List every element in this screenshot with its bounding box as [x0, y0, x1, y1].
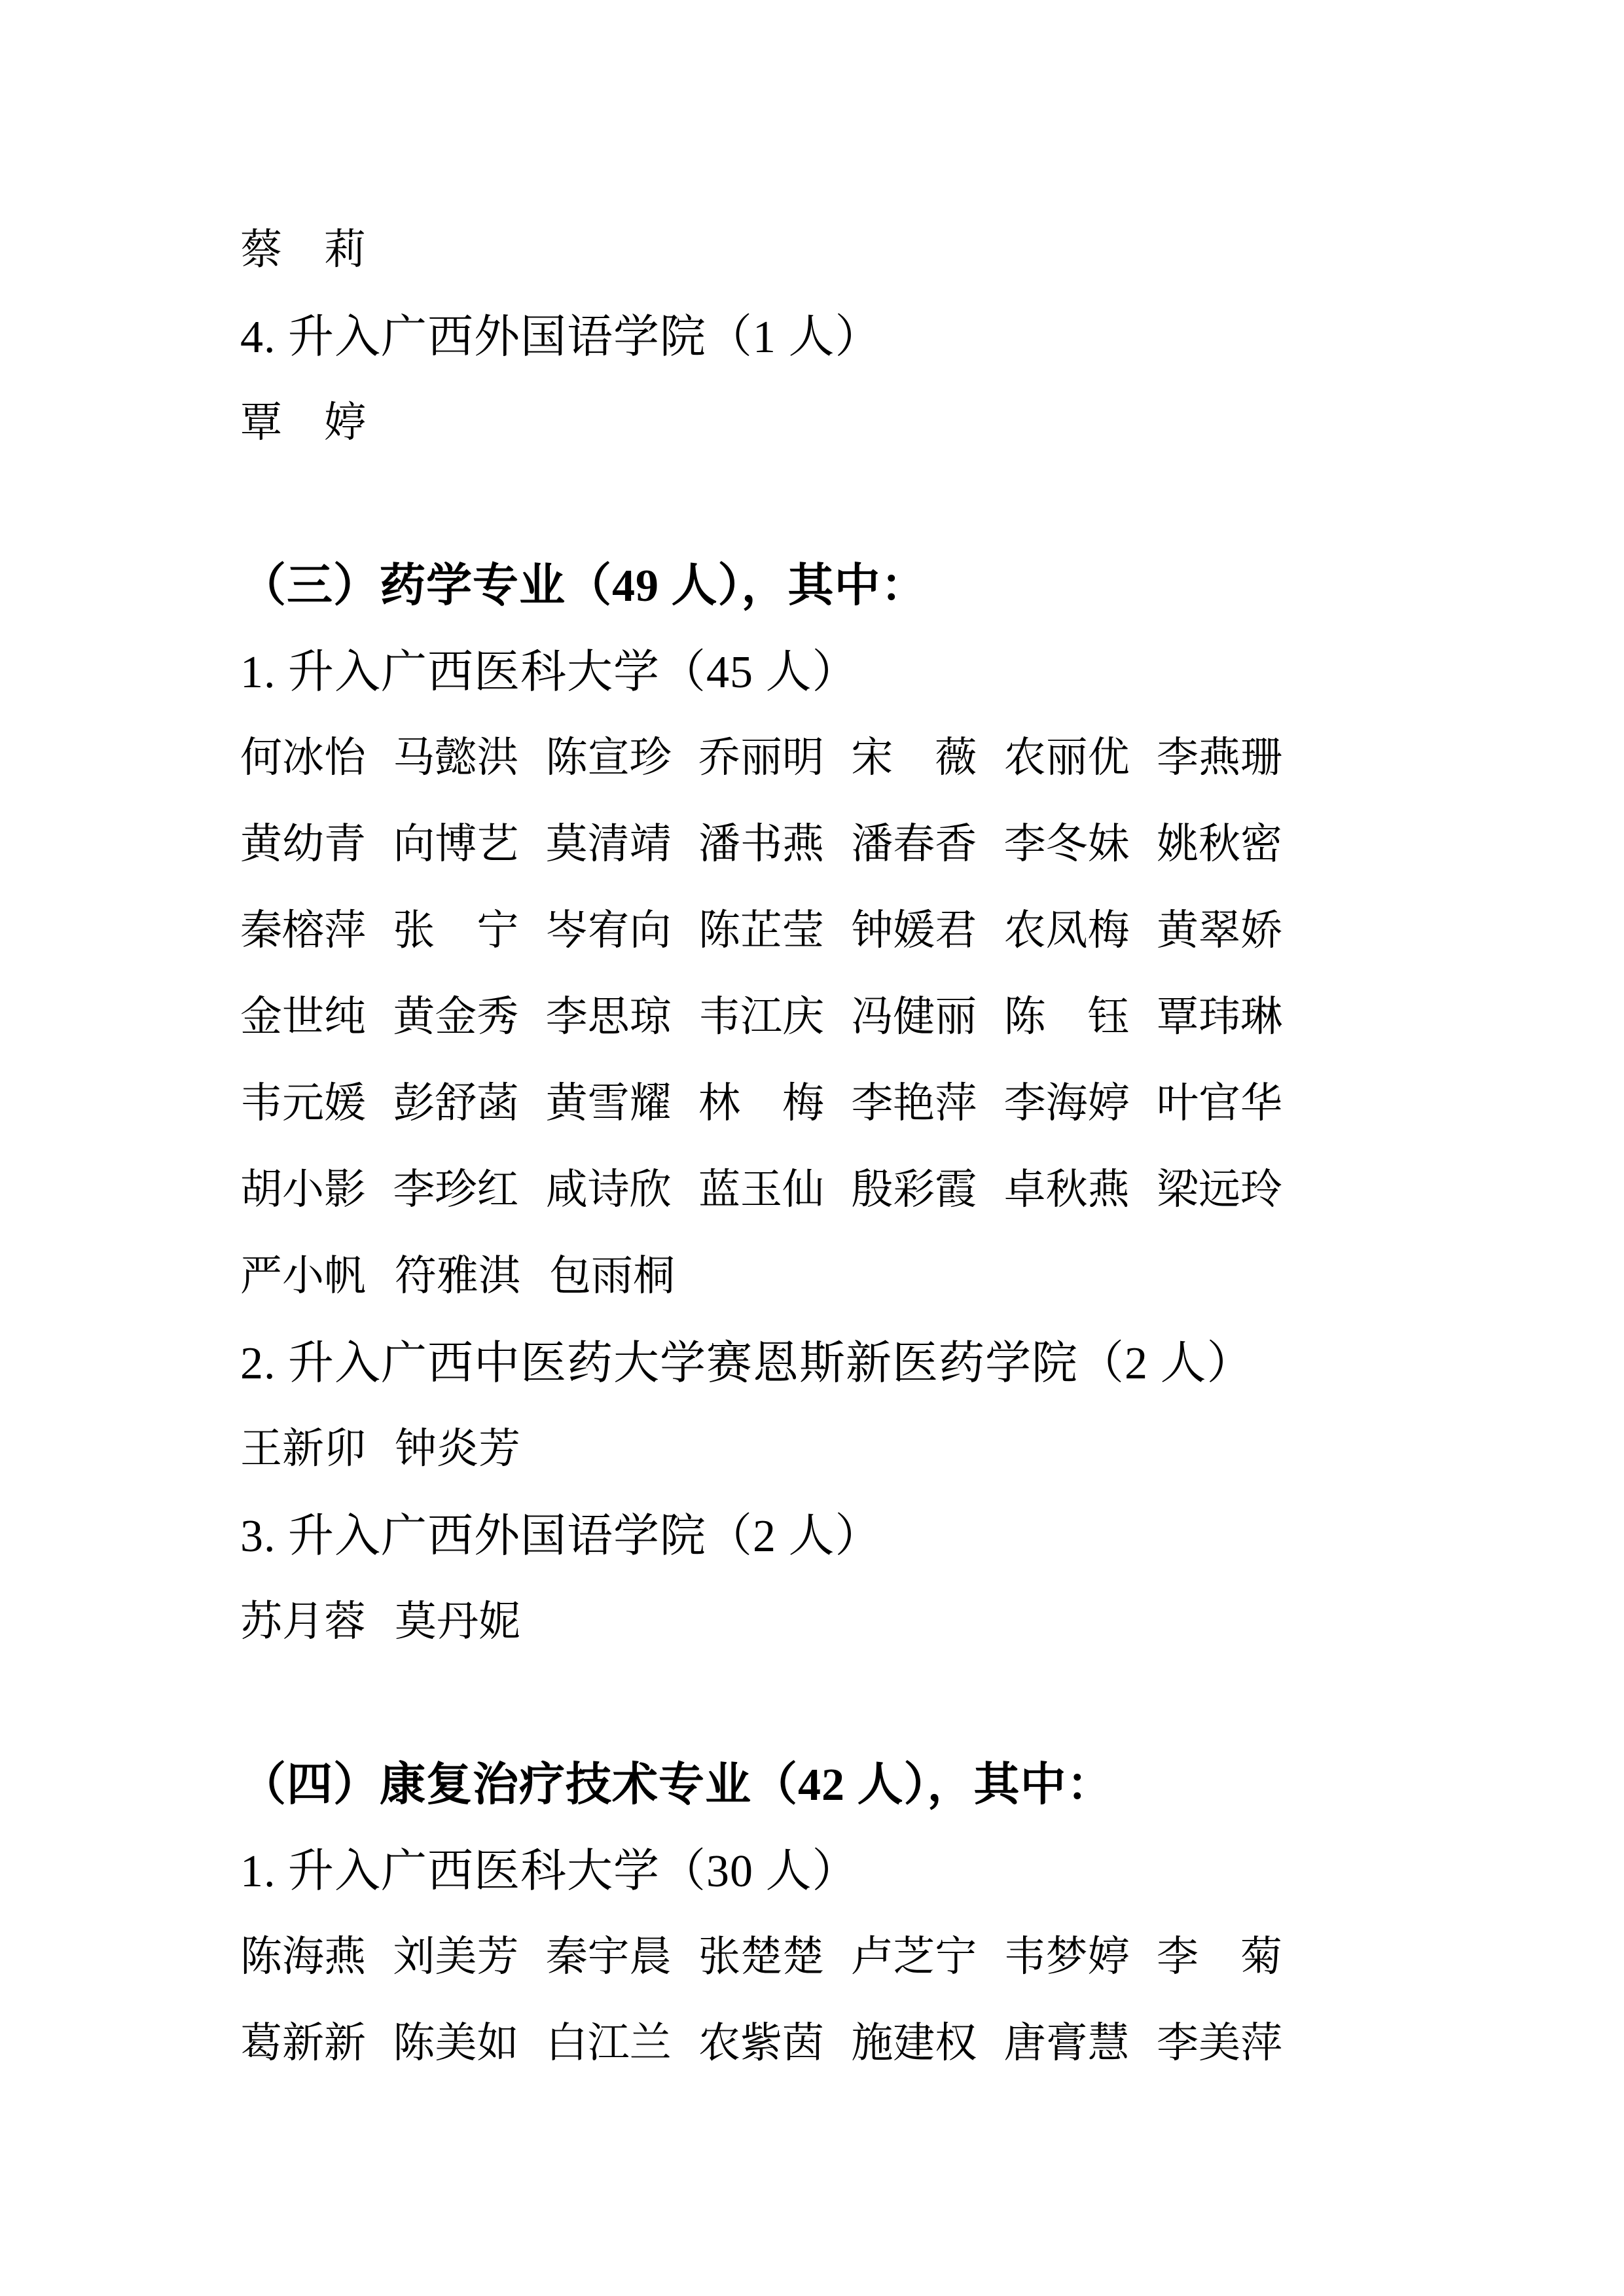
student-name: 何冰怡	[240, 724, 366, 784]
student-name: 彭舒菡	[393, 1069, 518, 1130]
student-name: 黄金秀	[393, 983, 518, 1043]
student-name: 李艳萍	[851, 1069, 977, 1130]
student-name: 莫清靖	[546, 810, 672, 870]
student-name: 宋 薇	[851, 724, 977, 784]
student-name: 钟炎芳	[395, 1415, 520, 1475]
student-name: 岑宥向	[546, 897, 672, 957]
student-name: 秦榕萍	[240, 897, 366, 957]
student-name: 卢芝宁	[851, 1923, 977, 1983]
student-name: 陈宣珍	[546, 724, 672, 784]
subsection-heading: 2. 升入广西中医药大学赛恩斯新医药学院（2 人）	[240, 1316, 1282, 1402]
names-row: 陈海燕刘美芳秦宇晨张楚楚卢芝宁韦梦婷李 菊	[240, 1910, 1282, 1996]
student-name: 李 菊	[1157, 1923, 1282, 1983]
student-name: 钟媛君	[851, 897, 977, 957]
names-row: 蔡 莉	[240, 203, 1282, 289]
student-name: 黄雪耀	[546, 1069, 672, 1130]
student-name: 李珍红	[393, 1156, 518, 1216]
student-name: 符雅淇	[395, 1242, 520, 1302]
student-name: 张楚楚	[698, 1923, 824, 1983]
names-row: 胡小影李珍红咸诗欣蓝玉仙殷彩霞卓秋燕梁远玲	[240, 1143, 1282, 1229]
names-row: 秦榕萍张 宁岑宥向陈芷莹钟媛君农凤梅黄翠娇	[240, 884, 1282, 970]
student-name: 苏月蓉	[240, 1588, 366, 1648]
student-name: 卓秋燕	[1004, 1156, 1130, 1216]
section-heading: （四）康复治疗技术专业（42 人），其中：	[240, 1737, 1282, 1823]
student-name: 农紫茵	[698, 2009, 824, 2070]
student-name: 严小帆	[240, 1242, 366, 1302]
names-row: 覃 婷	[240, 376, 1282, 462]
student-name: 蔡 莉	[240, 216, 366, 276]
student-name: 陈 钰	[1004, 983, 1130, 1043]
document-content: 蔡 莉4. 升入广西外国语学院（1 人）覃 婷（三）药学专业（49 人），其中：…	[240, 203, 1282, 2083]
student-name: 白江兰	[546, 2009, 672, 2070]
student-name: 农丽优	[1004, 724, 1130, 784]
student-name: 陈美如	[393, 2009, 518, 2070]
student-name: 乔丽明	[698, 724, 824, 784]
student-name: 潘春香	[851, 810, 977, 870]
student-name: 陈芷莹	[698, 897, 824, 957]
student-name: 包雨桐	[549, 1242, 675, 1302]
student-name: 李思琼	[546, 983, 672, 1043]
student-name: 韦梦婷	[1004, 1923, 1130, 1983]
names-row: 金世纯黄金秀李思琼韦江庆冯健丽陈 钰覃玮琳	[240, 970, 1282, 1056]
student-name: 蓝玉仙	[698, 1156, 824, 1216]
student-name: 向博艺	[393, 810, 518, 870]
section-heading: （三）药学专业（49 人），其中：	[240, 538, 1282, 624]
paragraph-spacer	[240, 462, 1282, 538]
student-name: 覃 婷	[240, 389, 366, 449]
names-row: 苏月蓉莫丹妮	[240, 1575, 1282, 1661]
names-row: 韦元媛彭舒菡黄雪耀林 梅李艳萍李海婷叶官华	[240, 1056, 1282, 1143]
student-name: 李燕珊	[1157, 724, 1282, 784]
student-name: 施建权	[851, 2009, 977, 2070]
subsection-heading: 4. 升入广西外国语学院（1 人）	[240, 289, 1282, 376]
student-name: 农凤梅	[1004, 897, 1130, 957]
student-name: 梁远玲	[1157, 1156, 1282, 1216]
student-name: 黄幼青	[240, 810, 366, 870]
student-name: 韦江庆	[698, 983, 824, 1043]
document-page: 蔡 莉4. 升入广西外国语学院（1 人）覃 婷（三）药学专业（49 人），其中：…	[0, 0, 1624, 2296]
paragraph-spacer	[240, 1661, 1282, 1737]
student-name: 刘美芳	[393, 1923, 518, 1983]
student-name: 林 梅	[698, 1069, 824, 1130]
student-name: 韦元媛	[240, 1069, 366, 1130]
student-name: 叶官华	[1157, 1069, 1282, 1130]
student-name: 葛新新	[240, 2009, 366, 2070]
student-name: 莫丹妮	[395, 1588, 520, 1648]
student-name: 冯健丽	[851, 983, 977, 1043]
names-row: 黄幼青向博艺莫清靖潘书燕潘春香李冬妹姚秋密	[240, 797, 1282, 884]
student-name: 马懿洪	[393, 724, 518, 784]
names-row: 葛新新陈美如白江兰农紫茵施建权唐膏慧李美萍	[240, 1996, 1282, 2083]
names-row: 何冰怡马懿洪陈宣珍乔丽明宋 薇农丽优李燕珊	[240, 711, 1282, 797]
student-name: 秦宇晨	[546, 1923, 672, 1983]
student-name: 王新卯	[240, 1415, 366, 1475]
names-row: 王新卯钟炎芳	[240, 1402, 1282, 1488]
student-name: 覃玮琳	[1157, 983, 1282, 1043]
student-name: 张 宁	[393, 897, 518, 957]
names-row: 严小帆符雅淇包雨桐	[240, 1229, 1282, 1316]
student-name: 胡小影	[240, 1156, 366, 1216]
student-name: 陈海燕	[240, 1923, 366, 1983]
student-name: 李冬妹	[1004, 810, 1130, 870]
student-name: 李海婷	[1004, 1069, 1130, 1130]
student-name: 姚秋密	[1157, 810, 1282, 870]
student-name: 金世纯	[240, 983, 366, 1043]
subsection-heading: 1. 升入广西医科大学（30 人）	[240, 1823, 1282, 1910]
subsection-heading: 1. 升入广西医科大学（45 人）	[240, 624, 1282, 711]
student-name: 殷彩霞	[851, 1156, 977, 1216]
subsection-heading: 3. 升入广西外国语学院（2 人）	[240, 1488, 1282, 1575]
student-name: 唐膏慧	[1004, 2009, 1130, 2070]
student-name: 李美萍	[1157, 2009, 1282, 2070]
student-name: 黄翠娇	[1157, 897, 1282, 957]
student-name: 潘书燕	[698, 810, 824, 870]
student-name: 咸诗欣	[546, 1156, 672, 1216]
